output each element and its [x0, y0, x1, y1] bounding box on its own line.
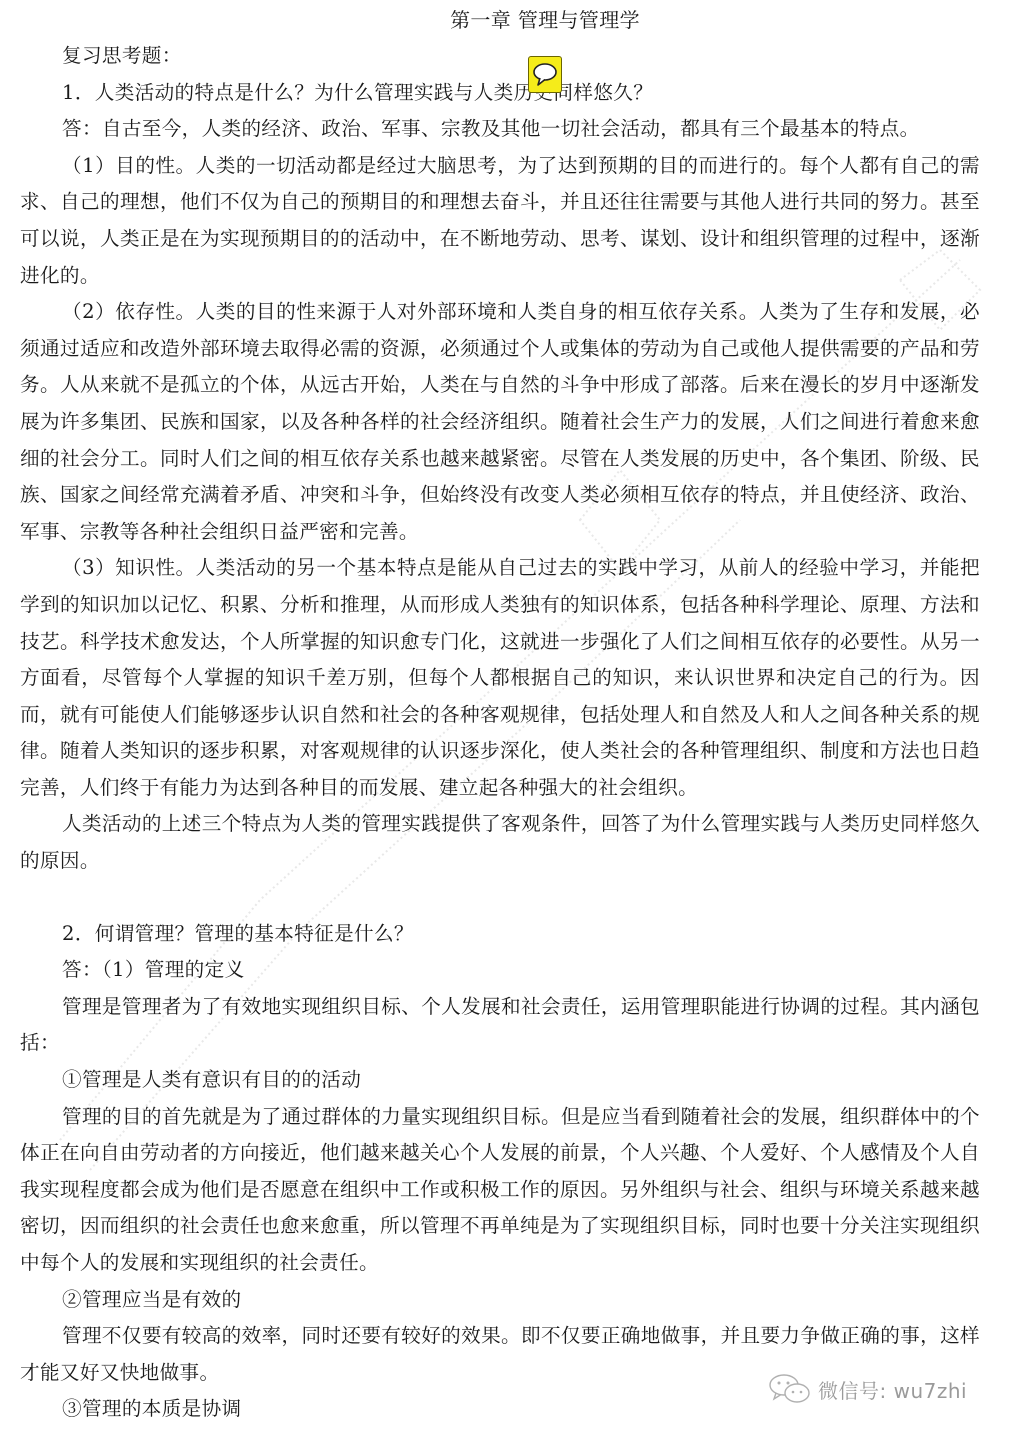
section-heading: 复习思考题： [20, 38, 980, 75]
document-page: 第一章 管理与管理学 复习思考题： 1．人类活动的特点是什么？为什么管理实践与人… [20, 2, 980, 1428]
answer-1-point-dependence: （2）依存性。人类的目的性来源于人对外部环境和人类自身的相互依存关系。人类为了生… [20, 294, 980, 550]
answer-1-conclusion: 人类活动的上述三个特点为人类的管理实践提供了客观条件，回答了为什么管理实践与人类… [20, 806, 980, 879]
item-2-heading: ②管理应当是有效的 [20, 1282, 980, 1319]
answer-2-definition: 管理是管理者为了有效地实现组织目标、个人发展和社会责任，运用管理职能进行协调的过… [20, 989, 980, 1062]
answer-1-point-knowledge: （3）知识性。人类活动的另一个基本特点是能从自己过去的实践中学习，从前人的经验中… [20, 550, 980, 806]
speech-bubble-icon [532, 62, 558, 88]
chapter-title: 第一章 管理与管理学 [20, 2, 980, 38]
paragraph-gap [20, 880, 980, 916]
question-2: 2．何谓管理？管理的基本特征是什么？ [20, 916, 980, 953]
wechat-watermark: 微信号: wu7zhi [768, 1372, 967, 1406]
answer-1-point-purpose: （1）目的性。人类的一切活动都是经过大脑思考，为了达到预期的目的而进行的。每个人… [20, 148, 980, 294]
item-1-body: 管理的目的首先就是为了通过群体的力量实现组织目标。但是应当看到随着社会的发展，组… [20, 1099, 980, 1282]
answer-1-intro: 答：自古至今，人类的经济、政治、军事、宗教及其他一切社会活动，都具有三个最基本的… [20, 111, 980, 148]
question-1: 1．人类活动的特点是什么？为什么管理实践与人类历史同样悠久？ [20, 75, 980, 112]
wechat-icon [768, 1372, 812, 1406]
comment-annotation-button[interactable] [528, 56, 562, 93]
item-1-heading: ①管理是人类有意识有目的的活动 [20, 1062, 980, 1099]
wechat-id-text: 微信号: wu7zhi [818, 1375, 967, 1404]
answer-2-intro: 答：（1）管理的定义 [20, 952, 980, 989]
